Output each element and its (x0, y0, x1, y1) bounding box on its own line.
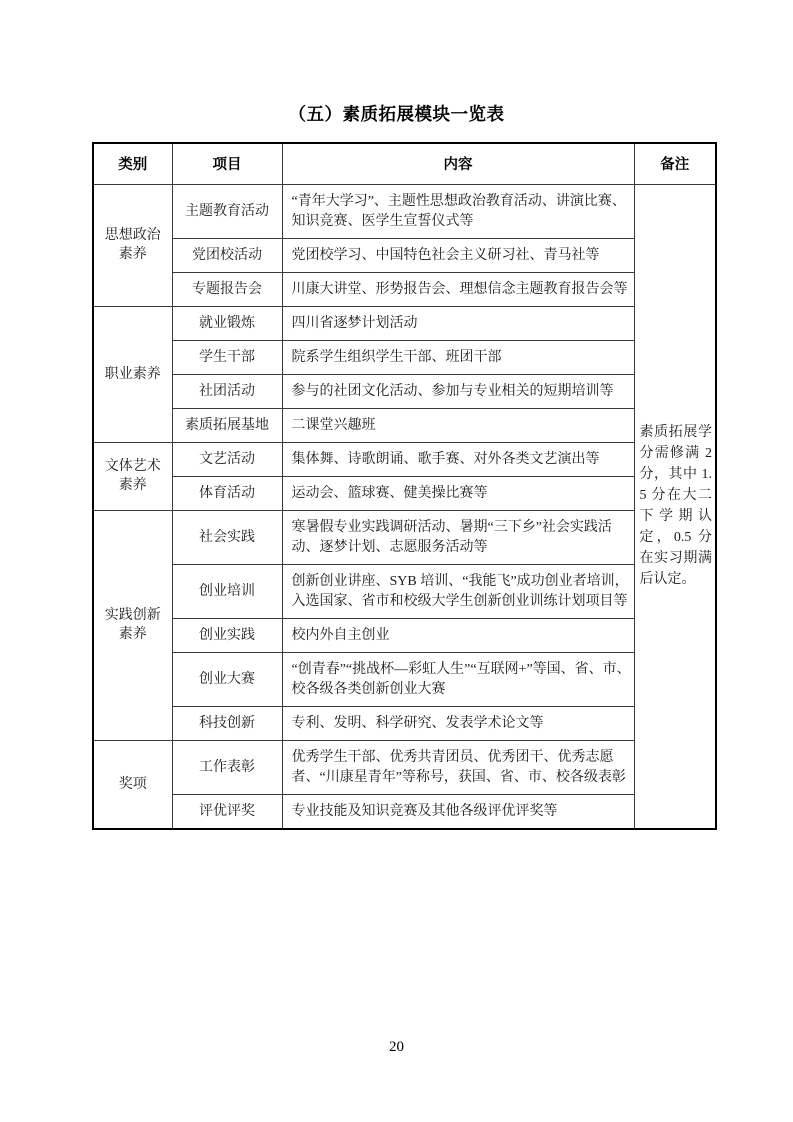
content-cell: 专业技能及知识竞赛及其他各级评优评奖等 (282, 794, 634, 829)
table-row: 创业大赛“创青春”“挑战杯—彩虹人生”“互联网+”等国、省、市、校各级各类创新创… (93, 652, 716, 706)
table-row: 社团活动参与的社团文化活动、参加与专业相关的短期培训等 (93, 374, 716, 408)
project-cell: 创业大赛 (172, 652, 282, 706)
table-row: 创业培训创新创业讲座、SYB 培训、“我能飞”成功创业者培训，入选国家、省市和校… (93, 564, 716, 618)
project-cell: 科技创新 (172, 706, 282, 740)
content-cell: 校内外自主创业 (282, 618, 634, 652)
content-cell: 四川省逐梦计划活动 (282, 306, 634, 340)
document-page: （五）素质拓展模块一览表 类别 项目 内容 备注 思想政治素养主题教育活动“青年… (0, 0, 793, 1122)
project-cell: 党团校活动 (172, 238, 282, 272)
content-cell: 集体舞、诗歌朗诵、歌手赛、对外各类文艺演出等 (282, 442, 634, 476)
table-row: 创业实践校内外自主创业 (93, 618, 716, 652)
page-number: 20 (0, 1039, 793, 1056)
content-cell: 创新创业讲座、SYB 培训、“我能飞”成功创业者培训，入选国家、省市和校级大学生… (282, 564, 634, 618)
content-cell: 院系学生组织学生干部、班团干部 (282, 340, 634, 374)
table-row: 评优评奖专业技能及知识竞赛及其他各级评优评奖等 (93, 794, 716, 829)
table-header-row: 类别 项目 内容 备注 (93, 143, 716, 184)
quality-development-module-table: 类别 项目 内容 备注 思想政治素养主题教育活动“青年大学习”、主题性思想政治教… (92, 142, 717, 830)
remark-cell: 素质拓展学分需修满 2 分，其中 1.5 分在大二下学期认定，0.5 分在实习期… (634, 184, 716, 829)
project-cell: 体育活动 (172, 476, 282, 510)
content-cell: 党团校学习、中国特色社会主义研习社、青马社等 (282, 238, 634, 272)
content-cell: “创青春”“挑战杯—彩虹人生”“互联网+”等国、省、市、校各级各类创新创业大赛 (282, 652, 634, 706)
project-cell: 社会实践 (172, 510, 282, 564)
content-cell: 川康大讲堂、形势报告会、理想信念主题教育报告会等 (282, 272, 634, 306)
project-cell: 创业培训 (172, 564, 282, 618)
category-cell: 奖项 (93, 740, 172, 829)
page-title: （五）素质拓展模块一览表 (0, 101, 793, 126)
content-cell: 优秀学生干部、优秀共青团员、优秀团干、优秀志愿者、“川康星青年”等称号，获国、省… (282, 740, 634, 794)
column-header-remark: 备注 (634, 143, 716, 184)
table-row: 党团校活动党团校学习、中国特色社会主义研习社、青马社等 (93, 238, 716, 272)
table-row: 体育活动运动会、篮球赛、健美操比赛等 (93, 476, 716, 510)
table-row: 专题报告会川康大讲堂、形势报告会、理想信念主题教育报告会等 (93, 272, 716, 306)
category-cell: 实践创新素养 (93, 510, 172, 740)
table-row: 职业素养就业锻炼四川省逐梦计划活动 (93, 306, 716, 340)
table-row: 科技创新专利、发明、科学研究、发表学术论文等 (93, 706, 716, 740)
content-cell: 二课堂兴趣班 (282, 408, 634, 442)
project-cell: 主题教育活动 (172, 184, 282, 238)
project-cell: 学生干部 (172, 340, 282, 374)
column-header-category: 类别 (93, 143, 172, 184)
table-row: 实践创新素养社会实践寒暑假专业实践调研活动、暑期“三下乡”社会实践活动、逐梦计划… (93, 510, 716, 564)
table-row: 奖项工作表彰优秀学生干部、优秀共青团员、优秀团干、优秀志愿者、“川康星青年”等称… (93, 740, 716, 794)
project-cell: 素质拓展基地 (172, 408, 282, 442)
table-row: 思想政治素养主题教育活动“青年大学习”、主题性思想政治教育活动、讲演比赛、知识竞… (93, 184, 716, 238)
table-row: 学生干部院系学生组织学生干部、班团干部 (93, 340, 716, 374)
column-header-content: 内容 (282, 143, 634, 184)
content-cell: 运动会、篮球赛、健美操比赛等 (282, 476, 634, 510)
column-header-project: 项目 (172, 143, 282, 184)
project-cell: 工作表彰 (172, 740, 282, 794)
content-cell: 寒暑假专业实践调研活动、暑期“三下乡”社会实践活动、逐梦计划、志愿服务活动等 (282, 510, 634, 564)
project-cell: 社团活动 (172, 374, 282, 408)
project-cell: 就业锻炼 (172, 306, 282, 340)
project-cell: 文艺活动 (172, 442, 282, 476)
project-cell: 专题报告会 (172, 272, 282, 306)
project-cell: 评优评奖 (172, 794, 282, 829)
category-cell: 职业素养 (93, 306, 172, 442)
project-cell: 创业实践 (172, 618, 282, 652)
content-cell: “青年大学习”、主题性思想政治教育活动、讲演比赛、知识竞赛、医学生宣誓仪式等 (282, 184, 634, 238)
content-cell: 专利、发明、科学研究、发表学术论文等 (282, 706, 634, 740)
table-row: 素质拓展基地二课堂兴趣班 (93, 408, 716, 442)
content-cell: 参与的社团文化活动、参加与专业相关的短期培训等 (282, 374, 634, 408)
category-cell: 文体艺术素养 (93, 442, 172, 510)
category-cell: 思想政治素养 (93, 184, 172, 306)
table-row: 文体艺术素养文艺活动集体舞、诗歌朗诵、歌手赛、对外各类文艺演出等 (93, 442, 716, 476)
